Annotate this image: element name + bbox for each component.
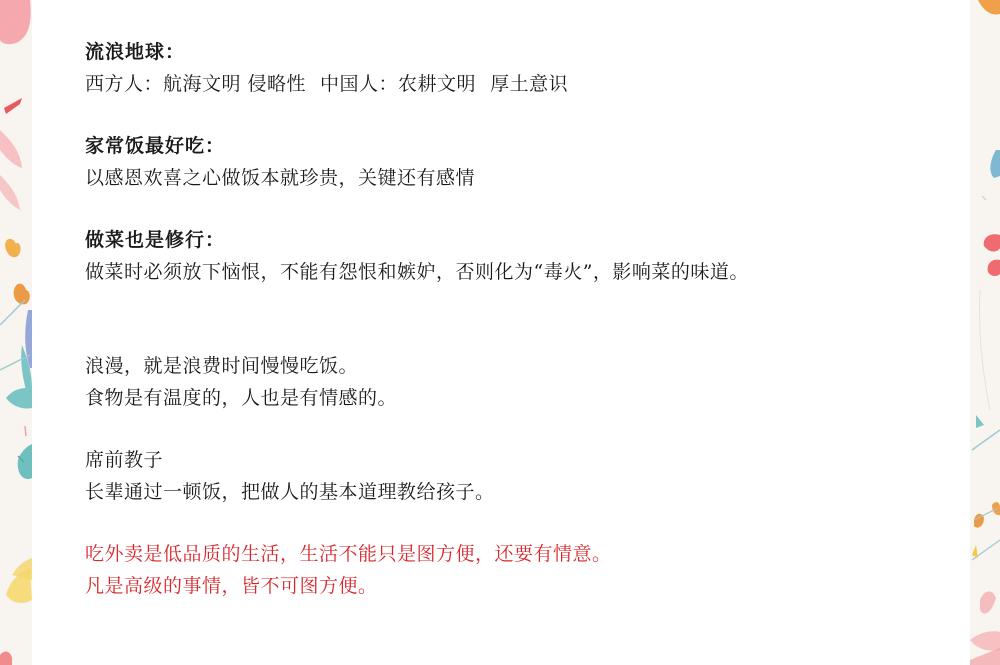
text-line: 长辈通过一顿饭，把做人的基本道理教给孩子。 xyxy=(85,476,925,508)
section-heading: 流浪地球： xyxy=(85,36,925,68)
text-line: 浪漫，就是浪费时间慢慢吃饭。 xyxy=(85,350,925,382)
section-romance: 浪漫，就是浪费时间慢慢吃饭。 食物是有温度的，人也是有情感的。 xyxy=(85,350,925,414)
section-teaching-at-table: 席前教子 长辈通过一顿饭，把做人的基本道理教给孩子。 xyxy=(85,444,925,508)
section-heading: 做菜也是修行： xyxy=(85,224,925,256)
slide: 流浪地球： 西方人：航海文明 侵略性中国人：农耕文明厚土意识 家常饭最好吃： 以… xyxy=(0,0,1000,665)
text-line: 食物是有温度的，人也是有情感的。 xyxy=(85,382,925,414)
text-line: 做菜时必须放下恼恨，不能有怨恨和嫉妒，否则化为“毒火”，影响菜的味道。 xyxy=(85,256,925,288)
text-line: 吃外卖是低品质的生活，生活不能只是图方便，还要有情意。 xyxy=(85,538,925,570)
document-page: 流浪地球： 西方人：航海文明 侵略性中国人：农耕文明厚土意识 家常饭最好吃： 以… xyxy=(32,0,970,665)
text-line: 以感恩欢喜之心做饭本就珍贵，关键还有感情 xyxy=(85,162,925,194)
text-fragment: 厚土意识 xyxy=(490,73,568,95)
text-fragment: 西方人：航海文明 侵略性 xyxy=(85,73,306,95)
text-fragment: 中国人：农耕文明 xyxy=(320,73,476,95)
section-home-cooking: 家常饭最好吃： 以感恩欢喜之心做饭本就珍贵，关键还有感情 xyxy=(85,130,925,194)
document-content: 流浪地球： 西方人：航海文明 侵略性中国人：农耕文明厚土意识 家常饭最好吃： 以… xyxy=(85,36,925,602)
floral-border-right xyxy=(970,0,1000,665)
flower-leaf-icon xyxy=(0,0,32,665)
text-line: 席前教子 xyxy=(85,444,925,476)
floral-border-left xyxy=(0,0,32,665)
section-highlight-red: 吃外卖是低品质的生活，生活不能只是图方便，还要有情意。 凡是高级的事情，皆不可图… xyxy=(85,538,925,602)
section-wandering-earth: 流浪地球： 西方人：航海文明 侵略性中国人：农耕文明厚土意识 xyxy=(85,36,925,100)
text-line: 凡是高级的事情，皆不可图方便。 xyxy=(85,570,925,602)
text-line: 西方人：航海文明 侵略性中国人：农耕文明厚土意识 xyxy=(85,68,925,100)
flower-leaf-icon xyxy=(970,0,1000,665)
section-cooking-practice: 做菜也是修行： 做菜时必须放下恼恨，不能有怨恨和嫉妒，否则化为“毒火”，影响菜的… xyxy=(85,224,925,288)
section-heading: 家常饭最好吃： xyxy=(85,130,925,162)
